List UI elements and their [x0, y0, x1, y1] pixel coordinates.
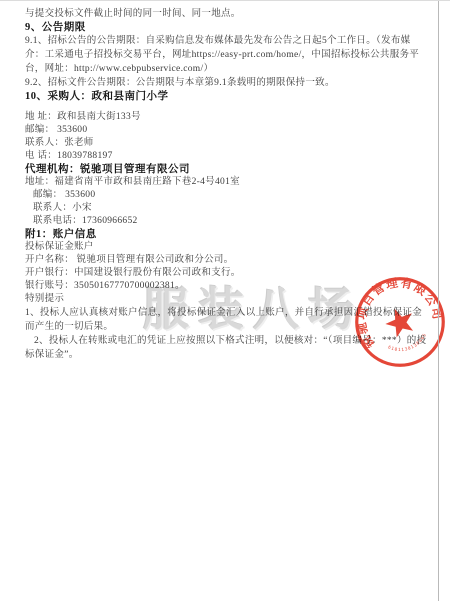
clause-9-2: 9.2、招标文件公告期限：公告期限与本章第9.1条载明的期限保持一致。	[25, 76, 430, 90]
agency-phone: 联系电话：17360966652	[25, 215, 430, 228]
seal-company-name: 锐驰项目管理有限公司	[353, 275, 447, 353]
agency-address: 地址：福建省南平市政和县南庄路下巷2-4号401室	[25, 176, 430, 189]
clause-9-1: 9.1、招标公告的公告期限：自采购信息发布媒体最先发布公告之日起5个工作日。（发…	[25, 34, 430, 76]
svg-text:锐驰项目管理有限公司: 锐驰项目管理有限公司	[353, 275, 447, 353]
intro-line: 与提交投标文件截止时间的同一时间、同一地点。	[25, 8, 430, 21]
purchaser-address: 地 址：政和县南大街133号	[25, 111, 430, 124]
section-9-heading: 9、公告期限	[25, 21, 430, 34]
seal-star-icon	[381, 304, 418, 340]
purchaser-phone: 电 话：18039788197	[25, 150, 430, 163]
purchaser-contact: 联系人：张老师	[25, 137, 430, 150]
account-name: 开户名称： 锐驰项目管理有限公司政和分公司。	[25, 254, 430, 267]
attachment-heading: 附1：账户信息	[25, 228, 430, 241]
purchaser-postcode: 邮编： 353600	[25, 124, 430, 137]
agency-postcode: 邮编： 353600	[25, 189, 430, 202]
page-border-right	[438, 1, 439, 601]
deposit-account-title: 投标保证金账户	[25, 241, 430, 254]
document-page: 服装八场 与提交投标文件截止时间的同一时间、同一地点。 9、公告期限 9.1、招…	[0, 0, 450, 601]
section-10-heading: 10、采购人：政和县南门小学	[25, 90, 430, 103]
agency-contact: 联系人：小宋	[25, 202, 430, 215]
agency-heading: 代理机构：锐驰项目管理有限公司	[25, 163, 430, 176]
svg-text:6101130138405: 6101130138405	[385, 330, 431, 360]
seal-code: 6101130138405	[385, 330, 431, 360]
company-seal: 锐驰项目管理有限公司 6101130138405	[353, 275, 447, 369]
